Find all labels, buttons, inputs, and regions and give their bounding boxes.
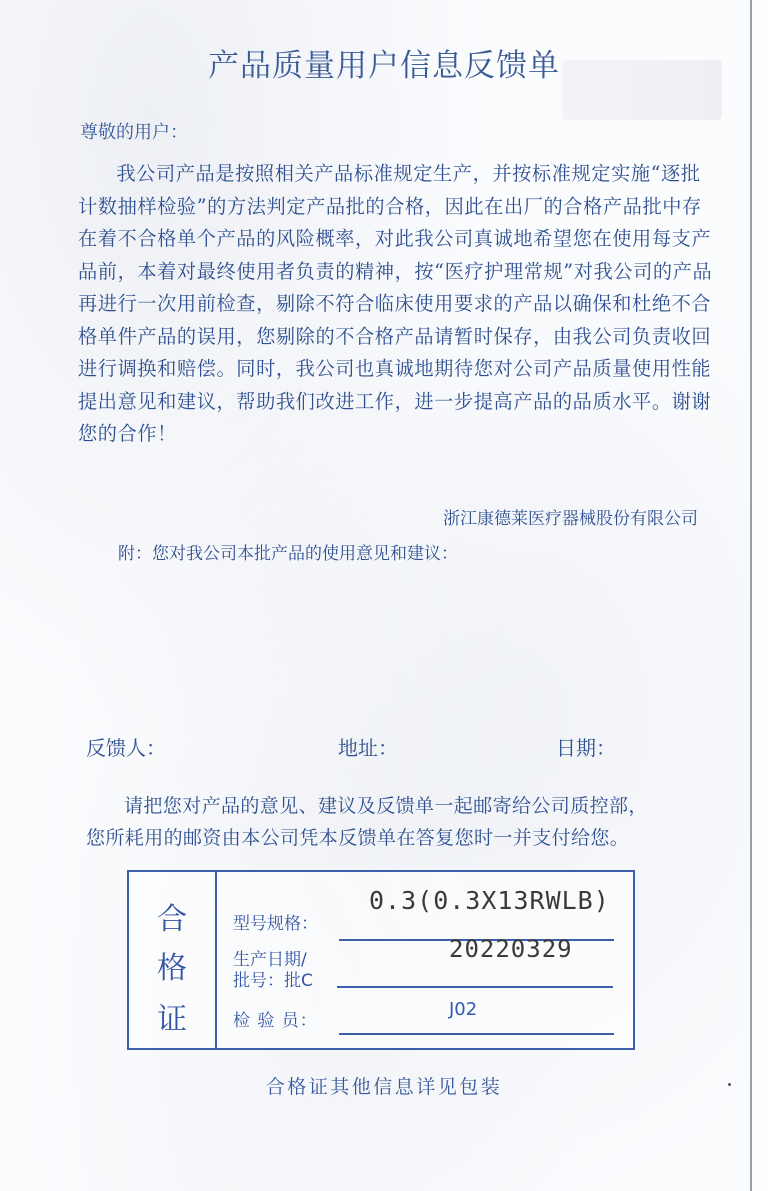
feedback-person-label: 反馈人：	[86, 732, 166, 761]
mail-instruction-line: 请把您对产品的意见、建议及反馈单一起邮寄给公司质控部，	[86, 790, 726, 822]
model-spec-label: 型号规格：	[233, 909, 318, 934]
certificate-heading-column: 合 格 证	[129, 872, 217, 1048]
batch-number-label: 批号：批C	[233, 966, 313, 991]
body-paragraph: 我公司产品是按照相关产品标准规定生产，并按标准规定实施“逐批计数抽样检验”的方法…	[78, 158, 718, 451]
address-label: 地址：	[338, 732, 398, 761]
certificate-heading-char: 合	[129, 894, 215, 938]
model-spec-value: 0.3(0.3X13RWLB)	[369, 886, 610, 915]
production-date-value: 20220329	[449, 935, 573, 963]
inspector-underline	[339, 1033, 614, 1035]
salutation: 尊敬的用户：	[80, 118, 188, 144]
mail-instruction-line: 您所耗用的邮资由本公司凭本反馈单在答复您时一并支付给您。	[86, 822, 726, 854]
company-name: 浙江康德莱医疗器械股份有限公司	[443, 504, 698, 529]
scan-margin	[752, 0, 768, 1191]
qualification-certificate: 合 格 证 型号规格： 0.3(0.3X13RWLB) 生产日期/ 批号：批C …	[127, 870, 635, 1050]
form-title: 产品质量用户信息反馈单	[0, 40, 768, 85]
certificate-heading-char: 格	[129, 943, 215, 987]
certificate-footer-note: 合格证其他信息详见包装	[0, 1072, 768, 1099]
certificate-heading-char: 证	[129, 994, 215, 1038]
feedback-form-sheet: 产品质量用户信息反馈单 尊敬的用户： 我公司产品是按照相关产品标准规定生产，并按…	[0, 0, 752, 1191]
appendix-prompt: 附：您对我公司本批产品的使用意见和建议：	[118, 539, 458, 564]
inspector-label: 检 验 员：	[233, 1006, 318, 1031]
date-label: 日期：	[556, 732, 616, 761]
paper-speck	[728, 1083, 731, 1086]
body-text: 我公司产品是按照相关产品标准规定生产，并按标准规定实施“逐批计数抽样检验”的方法…	[78, 158, 718, 451]
production-date-underline	[337, 986, 613, 988]
inspector-value: J02	[449, 999, 477, 1020]
mail-instructions: 请把您对产品的意见、建议及反馈单一起邮寄给公司质控部， 您所耗用的邮资由本公司凭…	[86, 790, 726, 854]
